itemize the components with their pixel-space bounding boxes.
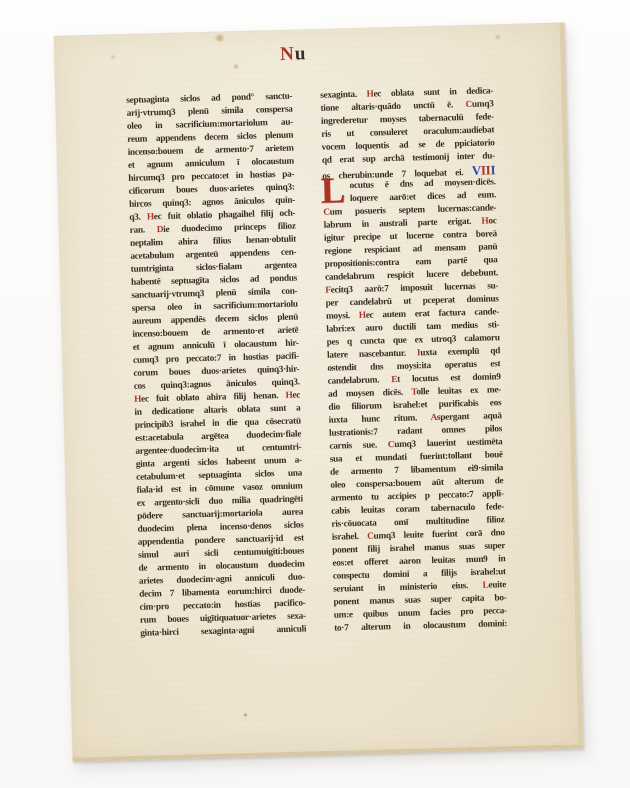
text-column-right: sexaginta. Hec oblata sunt in dedica-tio… bbox=[320, 85, 507, 637]
running-title-black-letter: u bbox=[295, 43, 307, 64]
chapter-initial-L: L bbox=[320, 176, 347, 209]
rubricated-capital: C bbox=[388, 440, 395, 450]
rubricated-capital: H bbox=[481, 216, 488, 226]
running-title: Nu bbox=[280, 43, 307, 66]
rubricated-capital: F bbox=[325, 286, 331, 296]
foxing-spot bbox=[494, 34, 502, 40]
rubricated-capital: D bbox=[157, 225, 164, 235]
rubricated-capital: H bbox=[366, 89, 373, 99]
parchment-leaf: Nu septuaginta siclos ad pond° sanctu-ar… bbox=[54, 22, 584, 761]
rubricated-capital: H bbox=[285, 391, 292, 401]
foxing-spot bbox=[214, 33, 226, 42]
rubricated-capital: I bbox=[417, 348, 421, 358]
foxing-spot bbox=[232, 63, 239, 70]
rubricated-capital: H bbox=[147, 212, 154, 222]
rubricated-capital: H bbox=[134, 395, 141, 405]
running-title-red-letter: N bbox=[280, 44, 295, 65]
rubricated-capital: A bbox=[430, 413, 437, 423]
rubricated-capital: C bbox=[367, 532, 374, 542]
rubricated-capital: H bbox=[359, 311, 366, 321]
rubricated-capital: C bbox=[465, 100, 472, 110]
rubricated-capital: L bbox=[482, 581, 488, 591]
text-column-left: septuaginta siclos ad pond° sanctu-arij·… bbox=[126, 91, 306, 643]
rubricated-capital: T bbox=[411, 387, 416, 397]
photo-stage: Nu septuaginta siclos ad pond° sanctu-ar… bbox=[0, 0, 630, 788]
foxing-spot bbox=[243, 713, 247, 717]
rubricated-capital: E bbox=[391, 375, 397, 385]
foxing-spot bbox=[110, 54, 116, 60]
